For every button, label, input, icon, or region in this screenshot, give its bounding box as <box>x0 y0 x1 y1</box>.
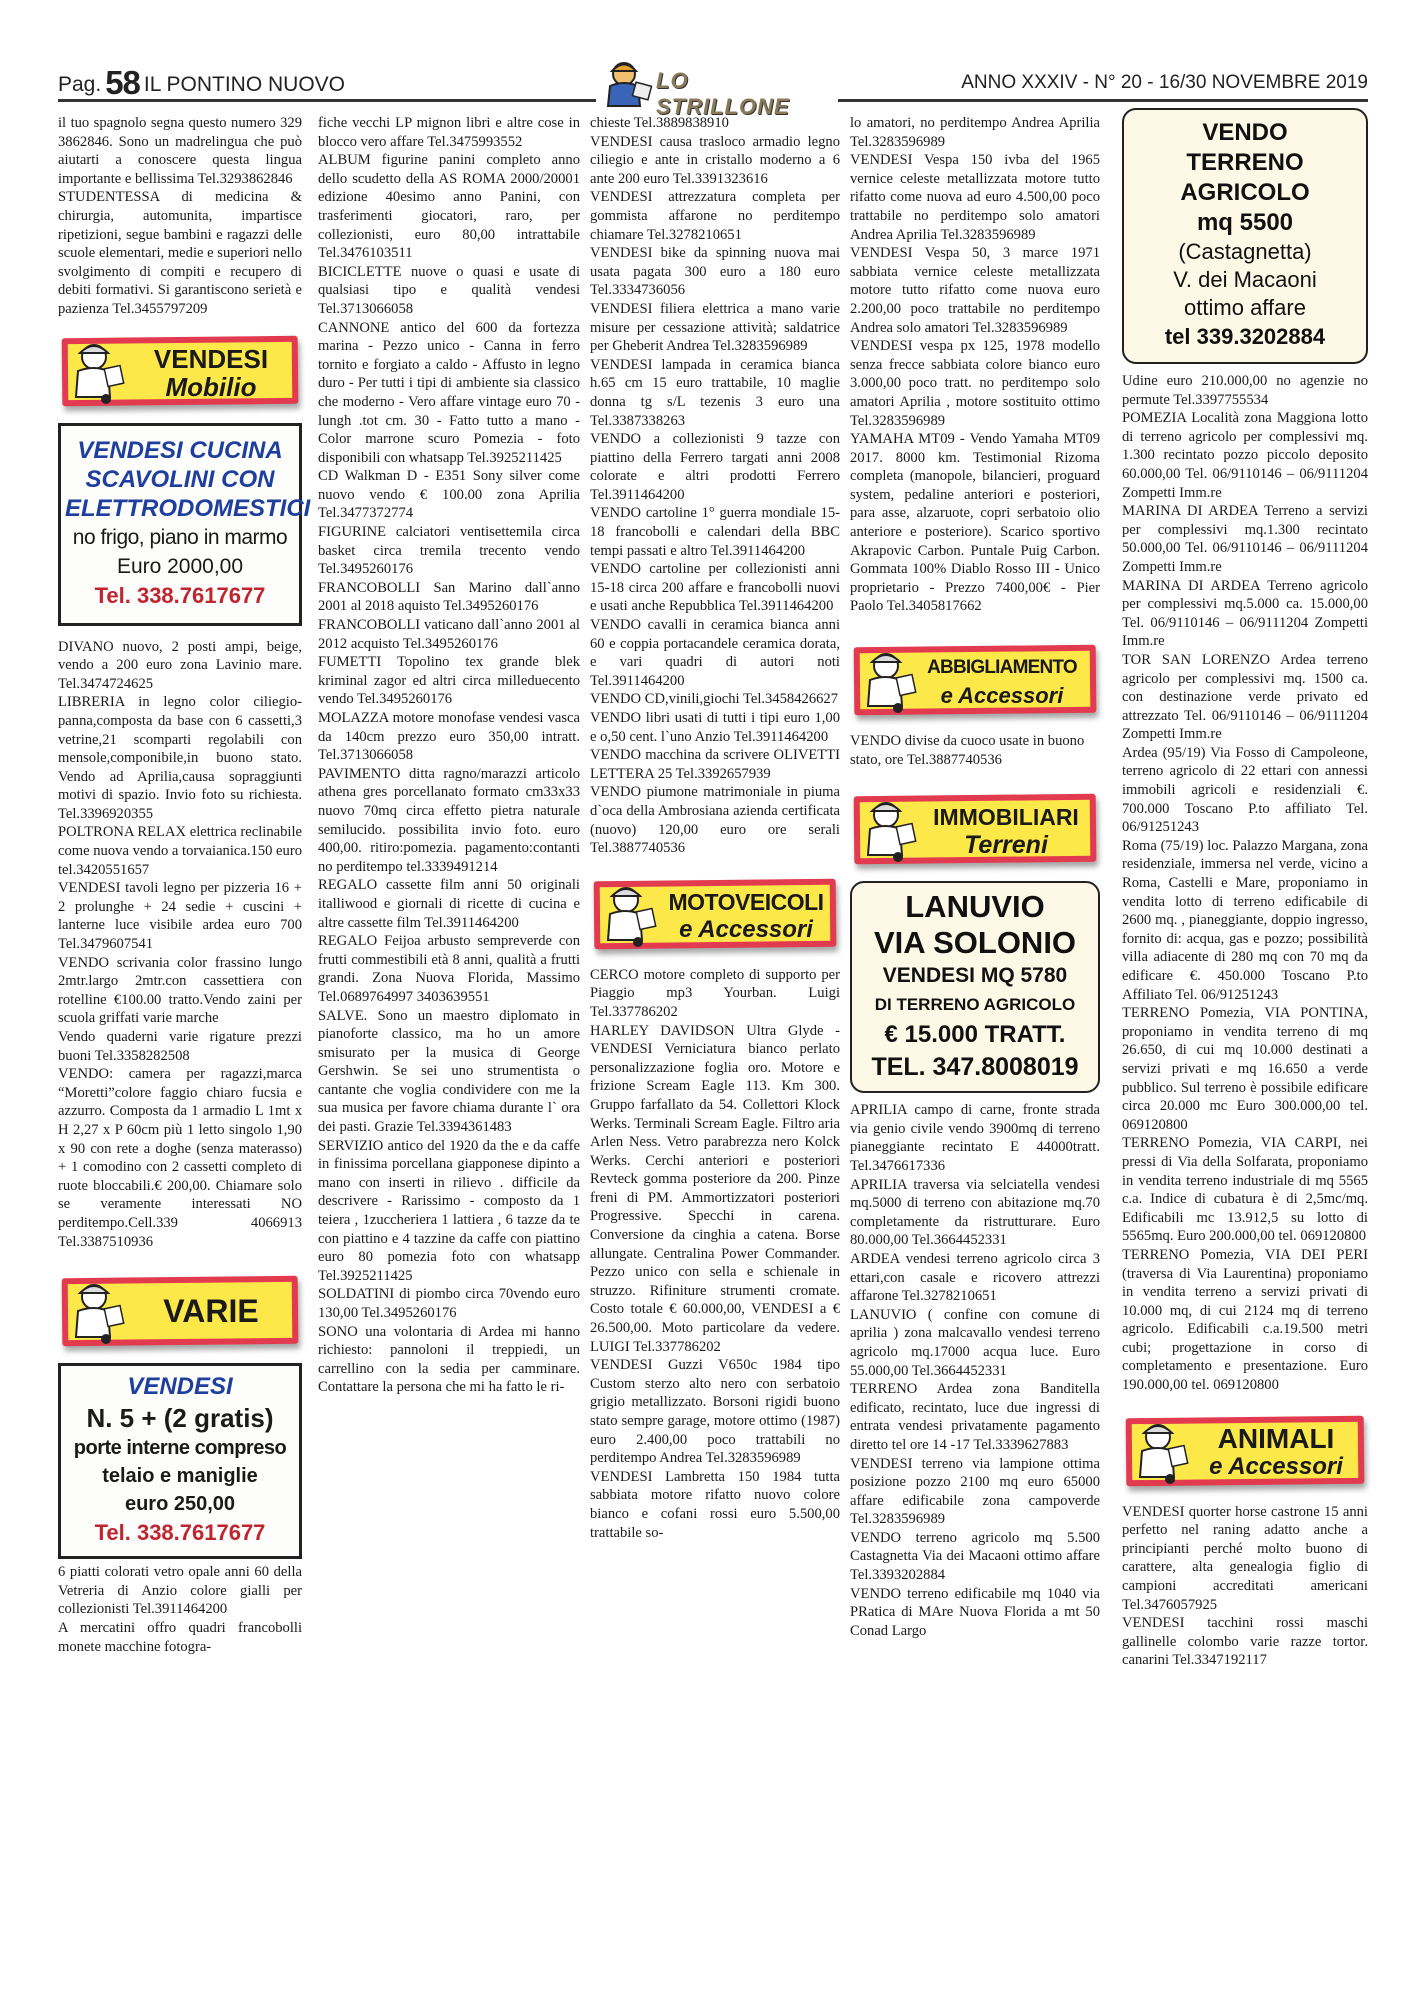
classified-ad: REGALO cassette film anni 50 originali i… <box>318 876 580 932</box>
ad-price: € 15.000 TRATT. <box>854 1019 1096 1051</box>
classified-ad: VENDESI bike da spinning nuova mai usata… <box>590 244 840 300</box>
classified-ad: VENDESI terreno via lampione ottima posi… <box>850 1455 1100 1529</box>
ad-phone: Tel. 338.7617677 <box>65 1518 295 1548</box>
classified-ad: VENDO cavalli in ceramica bianca anni 60… <box>590 616 840 690</box>
classified-ad: FRANCOBOLLI San Marino dall`anno 2001 al… <box>318 579 580 616</box>
ad-headline: VENDO <box>1126 118 1364 148</box>
newsboy-mascot-icon <box>858 648 920 714</box>
ad-detail: no frigo, piano in marmo <box>65 523 295 553</box>
page-number: 58 <box>105 64 140 101</box>
classified-ad: VENDESI filiera elettrica a mano varie m… <box>590 300 840 356</box>
banner-title: IMMOBILIARI <box>920 803 1092 831</box>
classified-ad: A mercatini offro quadri francobolli mon… <box>58 1619 302 1656</box>
section-banner-varie: VARIE <box>58 1273 302 1351</box>
classified-ad: chieste Tel.3889838910 <box>590 114 840 133</box>
classified-ad: VENDO cartoline per collezionisti anni 1… <box>590 560 840 616</box>
ad-detail: mq 5500 <box>1126 208 1364 238</box>
section-banner-mobilio: VENDESI Mobilio <box>58 333 302 411</box>
classified-ad: MARINA DI ARDEA Terreno a servizi per co… <box>1122 502 1368 576</box>
classified-ad: Udine euro 210.000,00 no agenzie no perm… <box>1122 372 1368 409</box>
ad-headline: ELETTRODOMESTICI <box>65 494 295 523</box>
column-1: il tuo spagnolo segna questo numero 329 … <box>58 114 302 1656</box>
classified-ad: ALBUM figurine panini completo anno dell… <box>318 151 580 263</box>
classified-ad: VENDESI Lambretta 150 1984 tutta sabbiat… <box>590 1468 840 1542</box>
classified-ad: VENDESI attrezzatura completa per gommis… <box>590 188 840 244</box>
newsboy-mascot-icon <box>1130 1419 1192 1485</box>
ad-detail: VENDESI MQ 5780 <box>854 961 1096 991</box>
classified-ad: CERCO motore completo di supporto per Pi… <box>590 966 840 1022</box>
classified-ad: Roma (75/19) loc. Palazzo Margana, zona … <box>1122 837 1368 1004</box>
classified-ad: VENDO terreno edificabile mq 1040 via PR… <box>850 1585 1100 1641</box>
classified-ad: VENDO cartoline 1° guerra mondiale 15-18… <box>590 504 840 560</box>
classified-ad: BICICLETTE nuove o quasi e usate di qual… <box>318 263 580 319</box>
newsboy-mascot-icon <box>594 58 654 110</box>
classified-ad: LANUVIO ( confine con comune di aprilia … <box>850 1306 1100 1380</box>
classified-ad: MARINA DI ARDEA Terreno agricolo per com… <box>1122 577 1368 651</box>
header-rule-right <box>838 99 1368 102</box>
ad-headline: VENDESI CUCINA <box>65 436 295 465</box>
classified-ad: FIGURINE calciatori ventisettemila circa… <box>318 523 580 579</box>
classified-ad: FRANCOBOLLI vaticano dall`anno 2001 al 2… <box>318 616 580 653</box>
classified-ad: Vendo quaderni varie rigature prezzi buo… <box>58 1028 302 1065</box>
banner-title: VARIE <box>128 1297 294 1325</box>
classified-ad: REGALO Feijoa arbusto sempreverde con fr… <box>318 932 580 1006</box>
ad-headline: SCAVOLINI CON <box>65 465 295 494</box>
banner-subtitle: Mobilio <box>128 373 294 401</box>
classified-ad: Ardea (95/19) Via Fosso di Campoleone, t… <box>1122 744 1368 837</box>
newsboy-mascot-icon <box>598 882 660 948</box>
newsboy-mascot-icon <box>858 797 920 863</box>
section-banner-abbigliamento: ABBIGLIAMENTO e Accessori <box>850 642 1100 720</box>
lo-strillone-logo: LO STRILLONE <box>594 58 828 110</box>
classified-ad: VENDESI Vespa 50, 3 marce 1971 sabbiata … <box>850 244 1100 337</box>
classified-ad: VENDESI Vespa 150 ivba del 1965 vernice … <box>850 151 1100 244</box>
page-prefix: Pag. <box>58 73 101 96</box>
classified-ad: VENDO scrivania color frassino lungo 2mt… <box>58 954 302 1028</box>
classified-ad: TERRENO Pomezia, VIA PONTINA, proponiamo… <box>1122 1004 1368 1134</box>
section-banner-motoveicoli: MOTOVEICOLI e Accessori <box>590 876 840 954</box>
ad-headline: VENDESI <box>65 1372 295 1402</box>
newsboy-mascot-icon <box>66 339 128 405</box>
classified-ad: CANNONE antico del 600 da fortezza marin… <box>318 319 580 468</box>
issue-info: ANNO XXXIV - N° 20 - 16/30 NOVEMBRE 2019 <box>961 72 1368 94</box>
classified-ad: YAMAHA MT09 - Vendo Yamaha MT09 2017. 80… <box>850 430 1100 616</box>
column-3: chieste Tel.3889838910 VENDESI causa tra… <box>590 114 840 1542</box>
classified-ad: ARDEA vendesi terreno agricolo circa 3 e… <box>850 1250 1100 1306</box>
ad-phone: Tel. 338.7617677 <box>65 581 295 611</box>
classified-ad: TERRENO Pomezia, VIA CARPI, nei pressi d… <box>1122 1134 1368 1246</box>
classified-ad: VENDESI tavoli legno per pizzeria 16 + 2… <box>58 879 302 953</box>
classified-ad: VENDO divise da cuoco usate in buono sta… <box>850 732 1100 769</box>
classified-ad: VENDO piumone matrimoniale in piuma d`oc… <box>590 783 840 857</box>
banner-title: VENDESI <box>128 345 294 373</box>
ad-headline: VIA SOLONIO <box>854 925 1096 961</box>
ad-detail: porte interne compreso <box>65 1434 295 1462</box>
column-5: VENDO TERRENO AGRICOLO mq 5500 (Castagne… <box>1122 108 1368 1670</box>
ad-detail: telaio e maniglie <box>65 1462 295 1490</box>
classified-ad: VENDO CD,vinili,giochi Tel.3458426627 <box>590 690 840 709</box>
ad-phone: tel 339.3202884 <box>1126 322 1364 352</box>
classified-ad: APRILIA campo di carne, fronte strada vi… <box>850 1101 1100 1175</box>
column-4: lo amatori, no perditempo Andrea Aprilia… <box>850 114 1100 1640</box>
ad-headline: LANUVIO <box>854 889 1096 925</box>
section-banner-animali: ANIMALI e Accessori <box>1122 1413 1368 1491</box>
classified-ad: VENDESI tacchini rossi maschi gallinelle… <box>1122 1614 1368 1670</box>
logo-text: LO STRILLONE <box>656 68 828 120</box>
banner-subtitle: e Accessori <box>1192 1453 1360 1481</box>
classified-ad: VENDO libri usati di tutti i tipi euro 1… <box>590 709 840 746</box>
display-ad-porte: VENDESI N. 5 + (2 gratis) porte interne … <box>58 1363 302 1559</box>
banner-title: MOTOVEICOLI <box>660 888 832 916</box>
classified-ad: VENDESI causa trasloco armadio legno cil… <box>590 133 840 189</box>
page-label: Pag.58IL PONTINO NUOVO <box>58 64 345 102</box>
classified-ad: VENDESI Guzzi V650c 1984 tipo Custom ste… <box>590 1356 840 1468</box>
classified-ad: 6 piatti colorati vetro opale anni 60 de… <box>58 1563 302 1619</box>
classified-ad: CD Walkman D - E351 Sony silver come nuo… <box>318 467 580 523</box>
classified-ad: VENDO: camera per ragazzi,marca “Moretti… <box>58 1065 302 1251</box>
classified-ad: il tuo spagnolo segna questo numero 329 … <box>58 114 302 188</box>
classified-ad: VENDESI quorter horse castrone 15 anni p… <box>1122 1503 1368 1615</box>
ad-phone: TEL. 347.8008019 <box>854 1051 1096 1083</box>
classified-ad: VENDESI vespa px 125, 1978 modello senza… <box>850 337 1100 430</box>
ad-headline: AGRICOLO <box>1126 178 1364 208</box>
banner-subtitle: Terreni <box>920 831 1092 859</box>
ad-price: euro 250,00 <box>65 1490 295 1518</box>
classified-ad: VENDO macchina da scrivere OLIVETTI LETT… <box>590 746 840 783</box>
newsboy-mascot-icon <box>66 1279 128 1345</box>
publication-title: IL PONTINO NUOVO <box>144 73 345 96</box>
classified-ad: TOR SAN LORENZO Ardea terreno agricolo p… <box>1122 651 1368 744</box>
classified-ad: SERVIZIO antico del 1920 da the e da caf… <box>318 1137 580 1286</box>
classified-ad: SALVE. Sono un maestro diplomato in pian… <box>318 1007 580 1137</box>
classified-ad: DIVANO nuovo, 2 posti ampi, beige, vendo… <box>58 638 302 694</box>
ad-detail: (Castagnetta) <box>1126 238 1364 266</box>
ad-price: Euro 2000,00 <box>65 553 295 581</box>
section-banner-immobiliari: IMMOBILIARI Terreni <box>850 791 1100 869</box>
classified-ad: VENDO a collezionisti 9 tazze con piatti… <box>590 430 840 504</box>
ad-detail: ottimo affare <box>1126 294 1364 322</box>
classified-ad: APRILIA traversa via selciatella vendesi… <box>850 1176 1100 1250</box>
classified-ad: MOLAZZA motore monofase vendesi vasca da… <box>318 709 580 765</box>
ad-headline: N. 5 + (2 gratis) <box>65 1402 295 1434</box>
classified-ad: fiche vecchi LP mignon libri e altre cos… <box>318 114 580 151</box>
banner-title: ANIMALI <box>1192 1425 1360 1453</box>
classified-ad: LIBRERIA in legno color ciliegio-panna,c… <box>58 693 302 823</box>
classified-ad: FUMETTI Topolino tex grande blek krimina… <box>318 653 580 709</box>
classified-ad: PAVIMENTO ditta ragno/marazzi articolo a… <box>318 765 580 877</box>
banner-subtitle: e Accessori <box>660 916 832 944</box>
banner-subtitle: e Accessori <box>912 682 1092 710</box>
classified-ad: TERRENO Ardea zona Banditella edificato,… <box>850 1380 1100 1454</box>
classified-ad: SONO una volontaria di Ardea mi hanno ri… <box>318 1323 580 1397</box>
classified-ad: VENDESI lampada in ceramica bianca h.65 … <box>590 356 840 430</box>
ad-detail: V. dei Macaoni <box>1126 266 1364 294</box>
classified-ad: POLTRONA RELAX elettrica reclinabile com… <box>58 823 302 879</box>
display-ad-lanuvio: LANUVIO VIA SOLONIO VENDESI MQ 5780 DI T… <box>850 881 1100 1093</box>
ad-detail: DI TERRENO AGRICOLO <box>854 991 1096 1019</box>
classified-ad: VENDO terreno agricolo mq 5.500 Castagne… <box>850 1529 1100 1585</box>
classified-ad: lo amatori, no perditempo Andrea Aprilia… <box>850 114 1100 151</box>
ad-headline: TERRENO <box>1126 148 1364 178</box>
banner-title: ABBIGLIAMENTO <box>912 654 1092 682</box>
display-ad-terreno-castagnetta: VENDO TERRENO AGRICOLO mq 5500 (Castagne… <box>1122 108 1368 364</box>
header-rule-left <box>58 99 596 102</box>
classified-ad: SOLDATINI di piombo circa 70vendo euro 1… <box>318 1285 580 1322</box>
classified-ad: TERRENO Pomezia, VIA DEI PERI (traversa … <box>1122 1246 1368 1395</box>
classified-ad: STUDENTESSA di medicina & chirurgia, aut… <box>58 188 302 318</box>
classified-ad: POMEZIA Località zona Maggiona lotto di … <box>1122 409 1368 502</box>
display-ad-cucina: VENDESI CUCINA SCAVOLINI CON ELETTRODOME… <box>58 423 302 626</box>
classified-ad: HARLEY DAVIDSON Ultra Glyde - VENDESI Ve… <box>590 1022 840 1357</box>
column-2: fiche vecchi LP mignon libri e altre cos… <box>318 114 580 1397</box>
